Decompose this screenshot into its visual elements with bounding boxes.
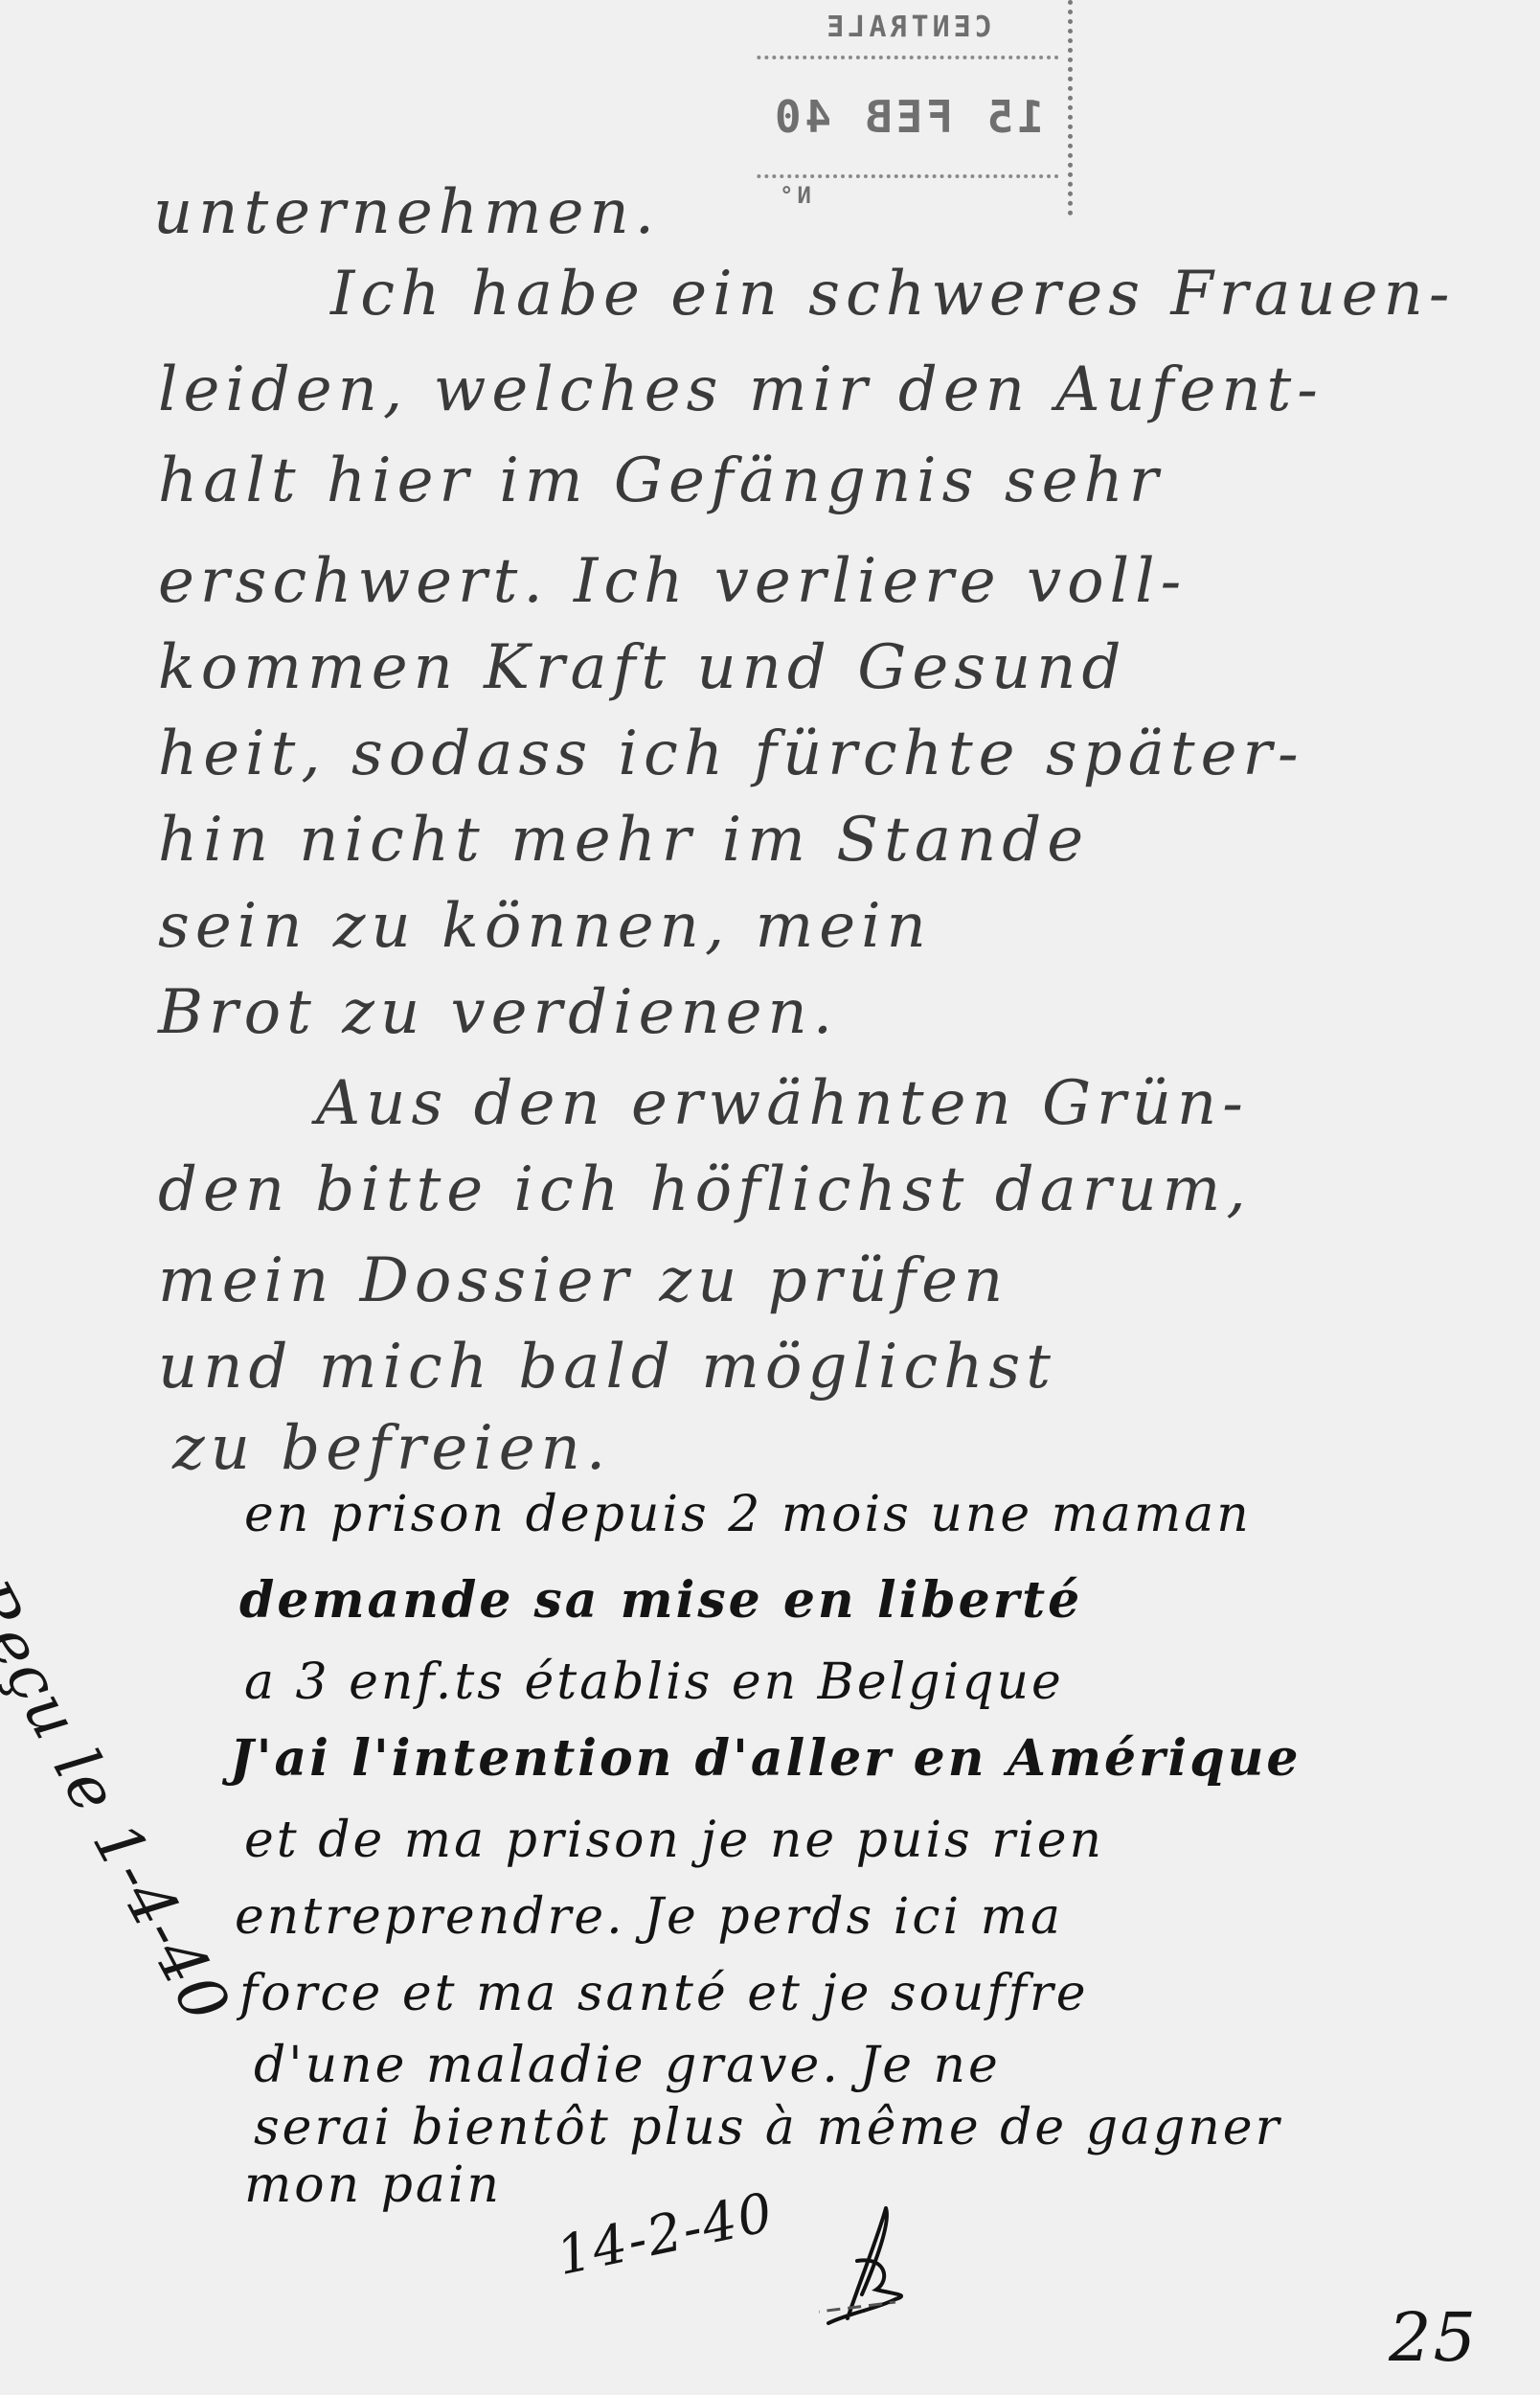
german-line: kommen Kraft und Gesund [158, 637, 1126, 698]
german-line: mein Dossier zu prüfen [158, 1250, 1008, 1312]
german-line: hin nicht mehr im Stande [158, 810, 1089, 871]
german-line: erschwert. Ich verliere voll- [158, 551, 1187, 612]
german-line: zu befreien. [172, 1418, 611, 1479]
german-line: unternehmen. [153, 182, 660, 243]
signature [819, 2203, 991, 2328]
receipt-stamp: CENTRALE 15 FEB 40 N° [757, 0, 1073, 216]
french-line: J'ai l'intention d'aller en Amérique [230, 1734, 1302, 1784]
letter-page: CENTRALE 15 FEB 40 N° unternehmen. Ich h… [0, 0, 1540, 2395]
margin-note-received: Reçu le 1-4-40 [0, 1571, 239, 2033]
french-line: a 3 enf.ts établis en Belgique [244, 1657, 1064, 1707]
stamp-line-3: N° [757, 178, 1058, 213]
german-line: Aus den erwähnten Grün- [316, 1073, 1249, 1134]
french-line: entreprendre. Je perds ici ma [235, 1892, 1063, 1942]
german-line: halt hier im Gefängnis sehr [158, 450, 1164, 512]
german-line: den bitte ich höflichst darum, [158, 1159, 1252, 1220]
stamp-line-2: 15 FEB 40 [757, 59, 1058, 178]
german-line: leiden, welches mir den Aufent- [158, 359, 1324, 421]
german-line: und mich bald möglichst [158, 1336, 1056, 1398]
french-line: en prison depuis 2 mois une maman [244, 1490, 1252, 1540]
french-line: d'une maladie grave. Je ne [254, 2041, 1001, 2090]
french-line: serai bientôt plus à même de gagner [254, 2103, 1281, 2153]
french-line: force et ma santé et je souffre [239, 1969, 1088, 2019]
letter-date: 14-2-40 [553, 2186, 780, 2285]
french-line: mon pain [244, 2160, 502, 2210]
german-line: sein zu können, mein [158, 896, 932, 957]
french-line: et de ma prison je ne puis rien [244, 1815, 1104, 1865]
french-line: demande sa mise en liberté [239, 1576, 1082, 1626]
german-line: Brot zu verdienen. [158, 982, 838, 1043]
german-line: heit, sodass ich fürchte später- [158, 723, 1304, 785]
page-number: 25 [1389, 2304, 1478, 2371]
stamp-line-1: CENTRALE [757, 0, 1058, 59]
german-line: Ich habe ein schweres Frauen- [330, 263, 1455, 325]
